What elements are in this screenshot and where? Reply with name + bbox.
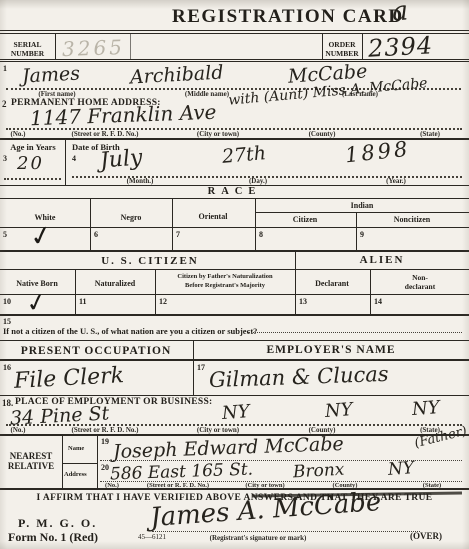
field-number-9: 9 [360,230,364,239]
divider-line [65,140,66,185]
footer-row: James A. McCabe P. M. G. O. Form No. 1 (… [0,505,469,549]
field-number-7: 7 [176,230,180,239]
employer-value: Gilman & Clucas [209,364,389,391]
race-table: White Negro Oriental Indian Citizen Nonc… [0,198,469,252]
dob-year-value: 1898 [344,139,411,167]
print-code: 45—6121 [138,533,166,541]
divider-line [155,270,156,314]
field-number-8: 8 [259,230,263,239]
citizen-by-father-header-line1: Citizen by Father's Naturalization [177,273,272,280]
stamp-divider-line [130,34,131,59]
us-citizen-header: U. S. CITIZEN [101,255,199,267]
race-header-line [0,227,469,228]
street-label: (Street or R. F. D. No.) [72,426,139,434]
race-indian-citizen-header: Citizen [293,215,317,224]
employment-state-value: NY [411,399,440,419]
street-label: (Street or R. F. D. No.) [72,130,139,138]
field-number-17: 17 [197,363,205,372]
divider-line [172,199,173,250]
middle-name-value: Archibald [130,64,224,88]
citizenship-header-line [0,294,469,295]
dob-month-value: July [99,147,143,173]
employer-name-header: EMPLOYER'S NAME [266,344,395,356]
divider-line [295,252,296,269]
indian-subheader-line [255,212,469,213]
divider-line [75,270,76,314]
race-section-title: RACE [208,186,262,197]
citizenship-table: Native Born Naturalized Citizen by Fathe… [0,270,469,316]
employment-county-value: NY [324,401,353,421]
city-label: (City or town) [197,426,239,434]
pmgo-label: P. M. G. O. [18,516,97,531]
field-number-2: 2 [2,99,7,109]
county-label: (County) [309,130,336,138]
month-label: (Month.) [127,177,154,185]
nation-question-label: If not a citizen of the U. S., of what n… [3,326,257,336]
dob-day-value: 27th [221,144,267,167]
naturalized-header: Naturalized [95,279,135,288]
field-number-19: 19 [101,437,109,446]
nearest-relative-title-line2: RELATIVE [8,461,54,471]
field-number-4: 4 [72,154,76,163]
divider-line [295,270,296,314]
field-number-3: 3 [3,154,7,163]
divider-line [255,199,256,250]
registration-card: REGISTRATION CARD a SERIAL NUMBER 3265 O… [0,0,469,549]
field-number-1: 1 [3,64,7,73]
over-label: (OVER) [410,531,442,541]
relative-address-label: Address [64,471,87,478]
declarant-header: Declarant [315,279,349,288]
divider-line [90,199,91,250]
employment-row: 18. PLACE OF EMPLOYMENT OR BUSINESS: 34 … [0,396,469,436]
nearest-relative-row: NEAREST RELATIVE Name Address 19 Joseph … [0,436,469,490]
field-number-15: 15 [3,317,11,326]
serial-number-value: 3265 [62,37,126,59]
alien-header: ALIEN [360,254,405,266]
occupation-value-row: 16 File Clerk 17 Gilman & Clucas [0,361,469,396]
white-checkmark: ✓ [27,219,56,254]
street-label: (Street or R. F. D. No.) [147,482,209,489]
race-indian-noncitizen-header: Noncitizen [394,215,430,224]
relative-address-city-value: Bronx [293,462,345,482]
order-number-value: 2394 [367,33,433,60]
nation-question-row: 15 If not a citizen of the U. S., of wha… [0,316,469,341]
field-number-10: 10 [3,297,11,306]
divider-line [193,361,194,395]
field-number-12: 12 [159,297,167,306]
signature-label: (Registrant's signature or mark) [210,534,307,542]
day-label: (Day.) [249,177,267,185]
divider-line [193,341,194,359]
divider-line [362,34,363,59]
serial-number-label: SERIAL NUMBER [2,40,53,58]
state-label: (State) [423,482,441,489]
home-address-row: with (Aunt) Miss A. McCabe 2 PERMANENT H… [0,97,469,140]
non-declarant-header-line2: declarant [405,282,435,291]
race-oriental-header: Oriental [199,212,228,221]
employment-city-value: NY [221,403,250,423]
non-declarant-header-line1: Non- [412,273,428,282]
field-number-6: 6 [94,230,98,239]
divider-line [55,34,56,59]
race-title-row: RACE [0,186,469,198]
field-number-20: 20 [101,463,109,472]
year-label: (Year.) [386,177,406,185]
relative-address-street-value: 586 East 165 St. [110,462,254,484]
field-number-14: 14 [374,297,382,306]
no-label: (No.) [11,130,26,138]
relative-name-label: Name [68,445,84,452]
native-born-checkmark: ✓ [23,286,50,319]
nation-fill-line [248,332,462,333]
field-number-16: 16 [3,363,11,372]
name-address-divider-line [62,463,97,464]
divider-line [62,436,63,488]
first-name-value: James [22,64,81,86]
nearest-relative-title-line1: NEAREST [10,451,53,461]
signature-fill-line [152,531,420,532]
field-number-5: 5 [3,230,7,239]
serial-order-row: SERIAL NUMBER 3265 ORDER NUMBER 2394 [0,30,469,62]
present-occupation-header: PRESENT OCCUPATION [21,345,172,357]
citizen-by-father-header-line2: Before Registrant's Majority [185,282,265,289]
occupation-value: File Clerk [13,365,124,393]
home-address-value: 1147 Franklin Ave [30,102,217,128]
age-label: Age in Years [10,142,55,152]
city-label: (City or town) [197,130,239,138]
relative-address-state-value: NY [387,460,414,479]
form-number-label: Form No. 1 (Red) [8,530,98,545]
divider-line [97,436,98,488]
age-dob-row: Age in Years 3 20 Date of Birth 4 July 2… [0,140,469,186]
field-number-13: 13 [299,297,307,306]
handwritten-page-letter: a [391,0,409,26]
order-number-label: ORDER NUMBER [323,40,361,58]
race-negro-header: Negro [121,213,142,222]
city-label: (City or town) [245,482,284,489]
field-number-11: 11 [79,297,87,306]
age-value: 20 [17,155,44,173]
header-row: REGISTRATION CARD a [0,0,469,30]
occupation-header-row: PRESENT OCCUPATION EMPLOYER'S NAME [0,341,469,361]
divider-line [356,212,357,250]
age-fill-line [4,178,61,180]
card-title: REGISTRATION CARD [172,6,404,28]
relative-name-value: Joseph Edward McCabe [113,435,344,462]
citizen-alien-header-row: U. S. CITIZEN ALIEN [0,252,469,270]
state-label: (State) [420,130,440,138]
employment-street-value: 34 Pine St [10,404,110,428]
race-indian-header: Indian [351,201,374,210]
divider-line [370,270,371,314]
